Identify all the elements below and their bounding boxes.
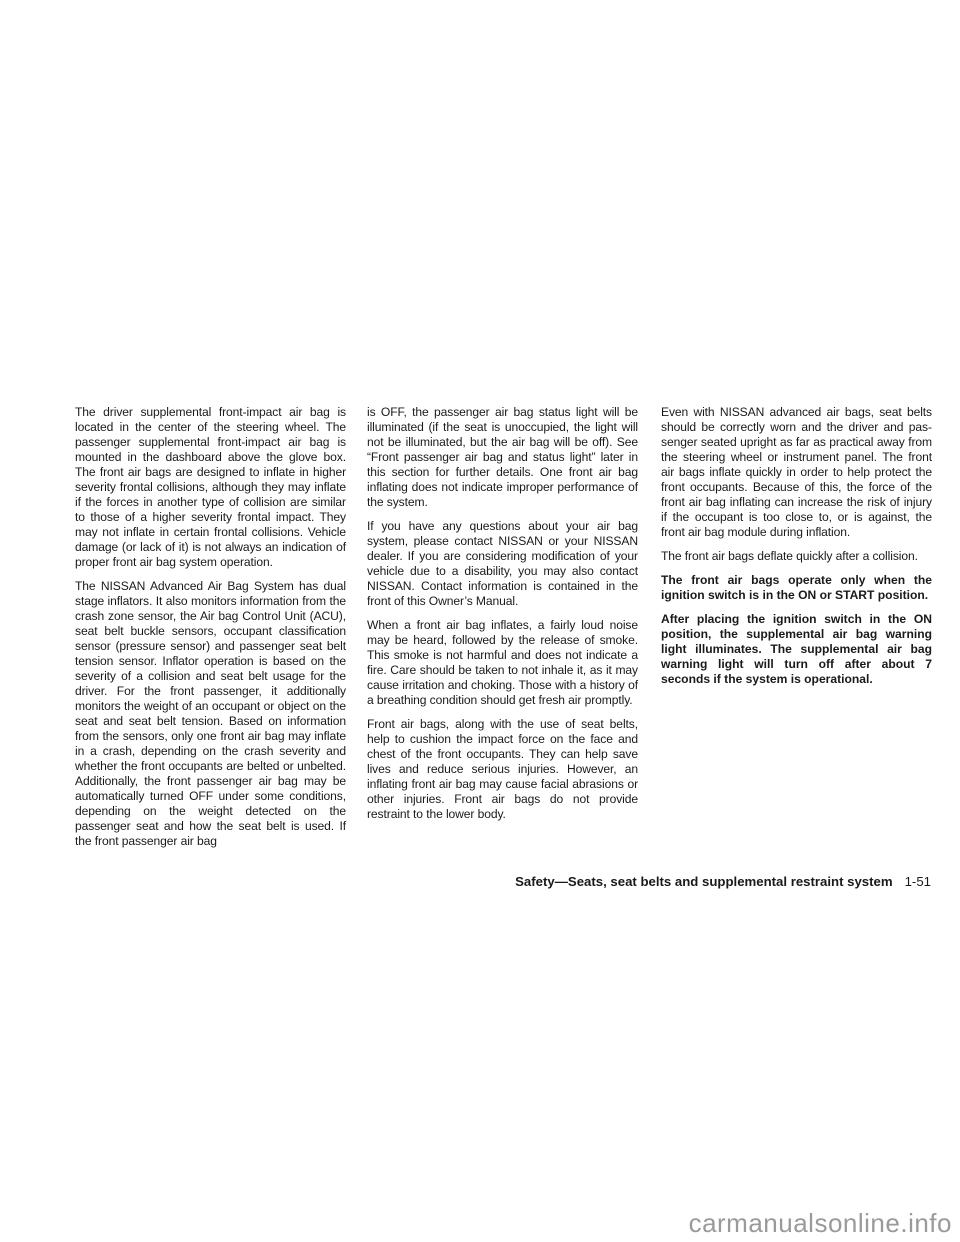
- text-column-1: The driver supplemental front-impact air…: [75, 405, 346, 858]
- page-footer: Safety—Seats, seat belts and supplementa…: [515, 874, 931, 889]
- paragraph-cushion-impact: Front air bags, along with the use of se…: [367, 717, 638, 822]
- paragraph-deflate-quickly: The front air bags deflate quickly after…: [661, 549, 932, 564]
- paragraph-warning-light-note: After placing the ignition switch in the…: [661, 612, 932, 687]
- paragraph-seat-belts-worn: Even with NISSAN advanced air bags, seat…: [661, 405, 932, 540]
- manual-page: The driver supplemental front-impact air…: [0, 0, 960, 1242]
- text-column-3: Even with NISSAN advanced air bags, seat…: [661, 405, 932, 696]
- paragraph-ignition-on-start-warning: The front air bags operate only when the…: [661, 573, 932, 603]
- paragraph-advanced-air-bag-system: The NISSAN Advanced Air Bag System has d…: [75, 579, 346, 849]
- paragraph-driver-front-airbag: The driver supplemental front-impact air…: [75, 405, 346, 570]
- text-column-2: is OFF, the passenger air bag status lig…: [367, 405, 638, 831]
- paragraph-inflation-noise-smoke: When a front air bag inflates, a fairly …: [367, 618, 638, 708]
- paragraph-contact-nissan: If you have any questions about your air…: [367, 519, 638, 609]
- site-watermark: carmanualsonline.info: [689, 1208, 952, 1239]
- paragraph-passenger-status-light: is OFF, the passenger air bag status lig…: [367, 405, 638, 510]
- footer-section-title: Safety—Seats, seat belts and supplementa…: [515, 874, 892, 889]
- page-number: 1-51: [905, 874, 931, 889]
